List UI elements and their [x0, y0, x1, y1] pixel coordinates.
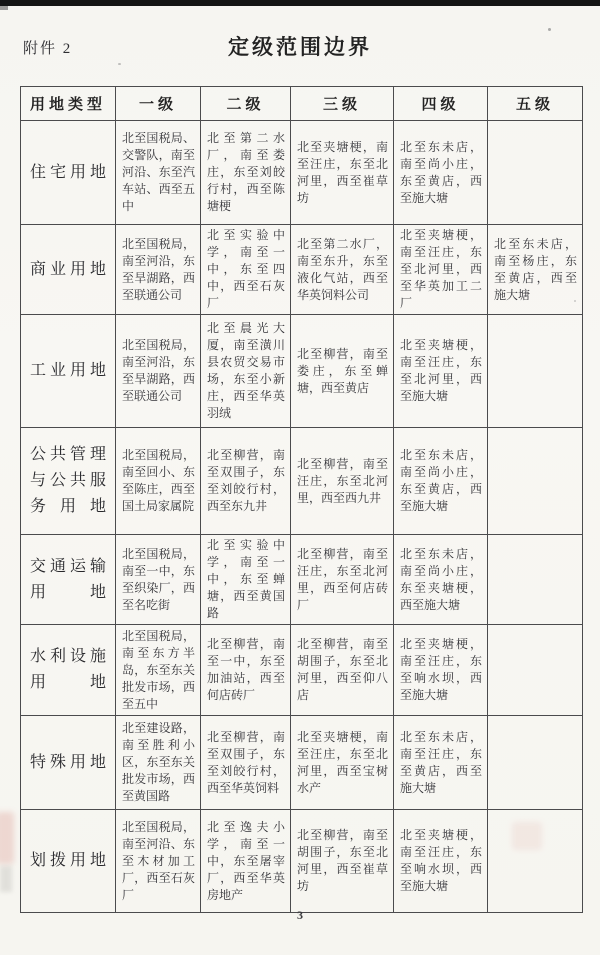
boundary-cell: 北至东未店，南至汪庄，东至黄店，西至施大塘 [394, 716, 488, 810]
ink-bleed-artifact [0, 812, 14, 864]
column-header-level-4: 四级 [394, 87, 488, 121]
boundary-cell: 北至夹塘梗，南至汪庄，东至响水坝，西至施大塘 [394, 810, 488, 913]
boundary-cell: 北至第二水厂，南至娄庄，东至刘皎行村，西至陈塘梗 [201, 121, 291, 225]
land-type-cell: 划拨用地 [21, 810, 116, 913]
boundary-cell [488, 428, 583, 535]
boundary-cell [488, 121, 583, 225]
page-number: 3 [0, 908, 600, 923]
boundary-cell: 北至第二水厂，南至东升，东至液化气站，西至华英饲料公司 [291, 225, 394, 315]
boundary-cell: 北至夹塘梗，南至汪庄，东至北河里，西至华英加工二厂 [394, 225, 488, 315]
table-row-commercial: 商业用地 北至国税局，南至河沿，东至旱湖路，西至联通公司 北至实验中学，南至一中… [21, 225, 583, 315]
table-row-industrial: 工业用地 北至国税局，南至河沿，东至旱湖路，西至联通公司 北至晨光大厦，南至潢川… [21, 315, 583, 428]
land-type-cell: 水利设施用地 [21, 625, 116, 716]
boundary-cell: 北至夹塘梗，南至汪庄，东至北河里，西至施大塘 [394, 315, 488, 428]
boundary-cell: 北至东未店，南至尚小庄，东至夹塘梗，西至施大塘 [394, 535, 488, 625]
document-title: 定级范围边界 [0, 31, 600, 61]
table-row-water-facilities: 水利设施用地 北至国税局，南至东方半岛，东至东关批发市场，西至五中 北至柳营，南… [21, 625, 583, 716]
boundary-cell: 北至夹塘梗，南至汪庄，东至响水坝，西至施大塘 [394, 625, 488, 716]
boundary-cell: 北至国税局，南至河沿，东至旱湖路，西至联通公司 [116, 315, 201, 428]
boundary-cell [488, 716, 583, 810]
column-header-land-type: 用地类型 [21, 87, 116, 121]
boundary-cell: 北至东未店，南至尚小庄，东至黄店，西至施大塘 [394, 428, 488, 535]
boundary-cell: 北至夹塘梗，南至汪庄，东至北河里，西至宝树水产 [291, 716, 394, 810]
scan-edge-artifact [0, 0, 600, 6]
table-row-public-service: 公共管理与公共服务用地 北至国税局，南至回小、东至陈庄，西至国土局家属院 北至柳… [21, 428, 583, 535]
table-row-allocated-land: 划拨用地 北至国税局，南至河沿、东至木材加工厂，西至石灰厂 北至逸夫小学，南至一… [21, 810, 583, 913]
boundary-cell: 北至柳营，南至双围子，东至刘皎行村，西至华英饲料 [201, 716, 291, 810]
scanned-document-page: 附件 2 定级范围边界 用地类型 一级 二级 三级 四级 五级 住宅用地 北至国… [0, 0, 600, 955]
table-row-transportation: 交通运输用地 北至国税局，南至一中，东至织染厂，西至名吃街 北至实验中学，南至一… [21, 535, 583, 625]
boundary-cell: 北至逸夫小学，南至一中，东至屠宰厂，西至华英房地产 [201, 810, 291, 913]
boundary-cell: 北至夹塘梗，南至汪庄，东至北河里，西至崔草坊 [291, 121, 394, 225]
land-type-cell: 交通运输用地 [21, 535, 116, 625]
boundary-cell: 北至建设路，南至胜利小区，东至东关批发市场，西至黄国路 [116, 716, 201, 810]
boundary-cell: 北至晨光大厦，南至潢川县农贸交易市场，东至小新庄，西至华英羽绒 [201, 315, 291, 428]
boundary-cell: 北至国税局，南至一中，东至织染厂，西至名吃街 [116, 535, 201, 625]
boundary-cell: 北至实验中学，南至一中，东至四中，西至石灰厂 [201, 225, 291, 315]
table-header-row: 用地类型 一级 二级 三级 四级 五级 [21, 87, 583, 121]
column-header-level-3: 三级 [291, 87, 394, 121]
column-header-level-1: 一级 [116, 87, 201, 121]
land-type-cell: 商业用地 [21, 225, 116, 315]
boundary-cell [488, 810, 583, 913]
boundary-cell: 北至国税局，南至东方半岛，东至东关批发市场，西至五中 [116, 625, 201, 716]
ink-bleed-artifact [0, 866, 12, 892]
boundary-cell: 北至柳营，南至双围子，东至刘皎行村，西至东九井 [201, 428, 291, 535]
table-row-special-use: 特殊用地 北至建设路，南至胜利小区，东至东关批发市场，西至黄国路 北至柳营，南至… [21, 716, 583, 810]
land-type-cell: 住宅用地 [21, 121, 116, 225]
boundary-cell: 北至柳营，南至胡围子，东至北河里，西至崔草坊 [291, 810, 394, 913]
boundary-cell [488, 625, 583, 716]
boundary-cell: 北至国税局，南至河沿，东至旱湖路，西至联通公司 [116, 225, 201, 315]
boundary-cell: 北至柳营，南至汪庄，东至北河里，西至西九井 [291, 428, 394, 535]
boundary-cell: 北至实验中学，南至一中，东至蝉塘，西至黄国路 [201, 535, 291, 625]
boundary-cell: 北至柳营，南至一中，东至加油站，西至何店砖厂 [201, 625, 291, 716]
column-header-level-2: 二级 [201, 87, 291, 121]
boundary-cell: 北至国税局、交警队，南至河沿、东至汽车站、西至五中 [116, 121, 201, 225]
boundary-cell [488, 535, 583, 625]
grading-boundary-table: 用地类型 一级 二级 三级 四级 五级 住宅用地 北至国税局、交警队，南至河沿、… [20, 86, 583, 913]
boundary-cell: 北至国税局，南至河沿、东至木材加工厂，西至石灰厂 [116, 810, 201, 913]
land-type-cell: 工业用地 [21, 315, 116, 428]
table-row-residential: 住宅用地 北至国税局、交警队，南至河沿、东至汽车站、西至五中 北至第二水厂，南至… [21, 121, 583, 225]
boundary-cell: 北至国税局，南至回小、东至陈庄，西至国土局家属院 [116, 428, 201, 535]
land-type-cell: 公共管理与公共服务用地 [21, 428, 116, 535]
boundary-cell: 北至东未店，南至尚小庄，东至黄店，西至施大塘 [394, 121, 488, 225]
boundary-cell [488, 315, 583, 428]
boundary-cell: 北至柳营，南至汪庄，东至北河里，西至何店砖厂 [291, 535, 394, 625]
boundary-cell: 北至柳营，南至胡围子，东至北河里，西至仰八店 [291, 625, 394, 716]
boundary-cell: 北至柳营，南至娄庄，东至蝉塘，西至黄店 [291, 315, 394, 428]
column-header-level-5: 五级 [488, 87, 583, 121]
land-type-cell: 特殊用地 [21, 716, 116, 810]
scan-speck [118, 63, 121, 65]
boundary-cell: 北至东未店，南至杨庄，东至黄店，西至施大塘 [488, 225, 583, 315]
